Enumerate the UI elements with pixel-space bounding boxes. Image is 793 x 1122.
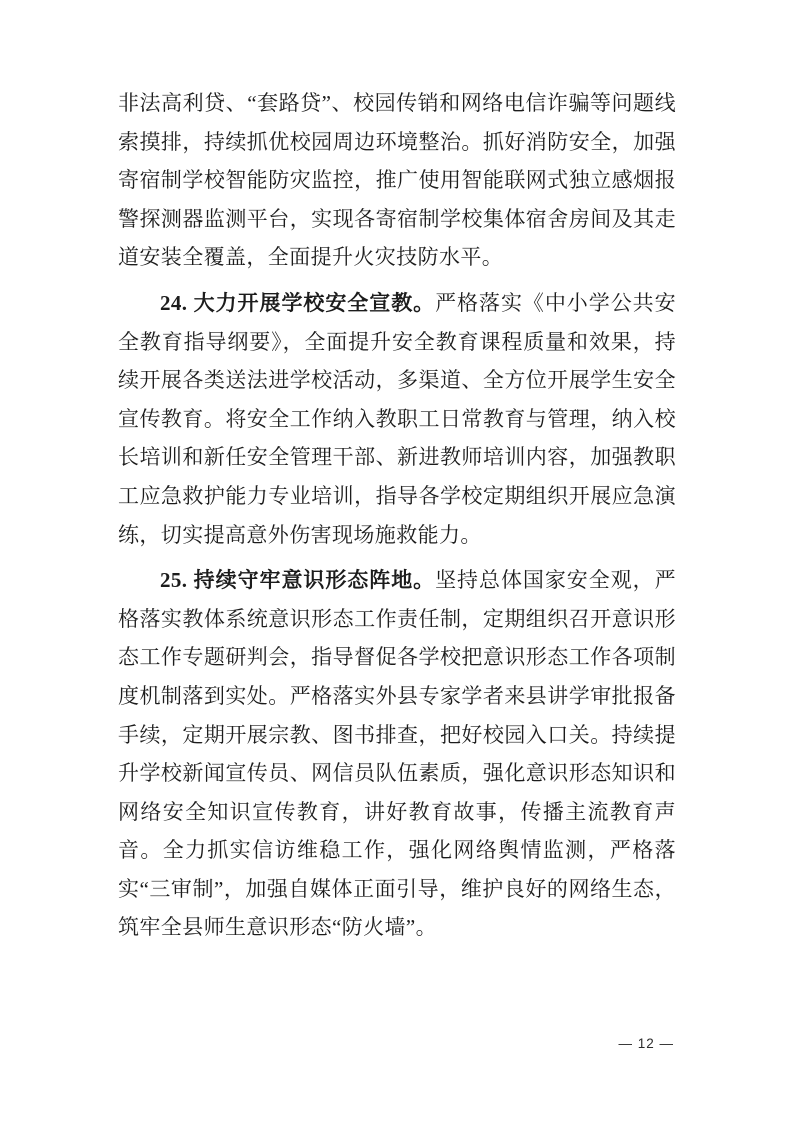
document-page: 非法高利贷、“套路贷”、校园传销和网络电信诈骗等问题线索摸排，持续抓优校园周边环…: [0, 0, 793, 1122]
paragraph-25: 25. 持续守牢意识形态阵地。坚持总体国家安全观，严格落实教体系统意识形态工作责…: [118, 561, 676, 947]
paragraph-body: 非法高利贷、“套路贷”、校园传销和网络电信诈骗等问题线索摸排，持续抓优校园周边环…: [118, 91, 676, 269]
paragraph-25-heading: 25. 持续守牢意识形态阵地。: [160, 568, 435, 592]
paragraph-continuation: 非法高利贷、“套路贷”、校园传销和网络电信诈骗等问题线索摸排，持续抓优校园周边环…: [118, 84, 676, 277]
paragraph-24-body: 严格落实《中小学公共安全教育指导纲要》，全面提升安全教育课程质量和效果，持续开展…: [118, 291, 676, 547]
document-text-block: 非法高利贷、“套路贷”、校园传销和网络电信诈骗等问题线索摸排，持续抓优校园周边环…: [118, 84, 676, 947]
paragraph-24-heading: 24. 大力开展学校安全宣教。: [160, 291, 435, 315]
page-number: — 12 —: [618, 1036, 674, 1051]
paragraph-25-body: 坚持总体国家安全观，严格落实教体系统意识形态工作责任制，定期组织召开意识形态工作…: [118, 568, 676, 939]
paragraph-24: 24. 大力开展学校安全宣教。严格落实《中小学公共安全教育指导纲要》，全面提升安…: [118, 284, 676, 554]
